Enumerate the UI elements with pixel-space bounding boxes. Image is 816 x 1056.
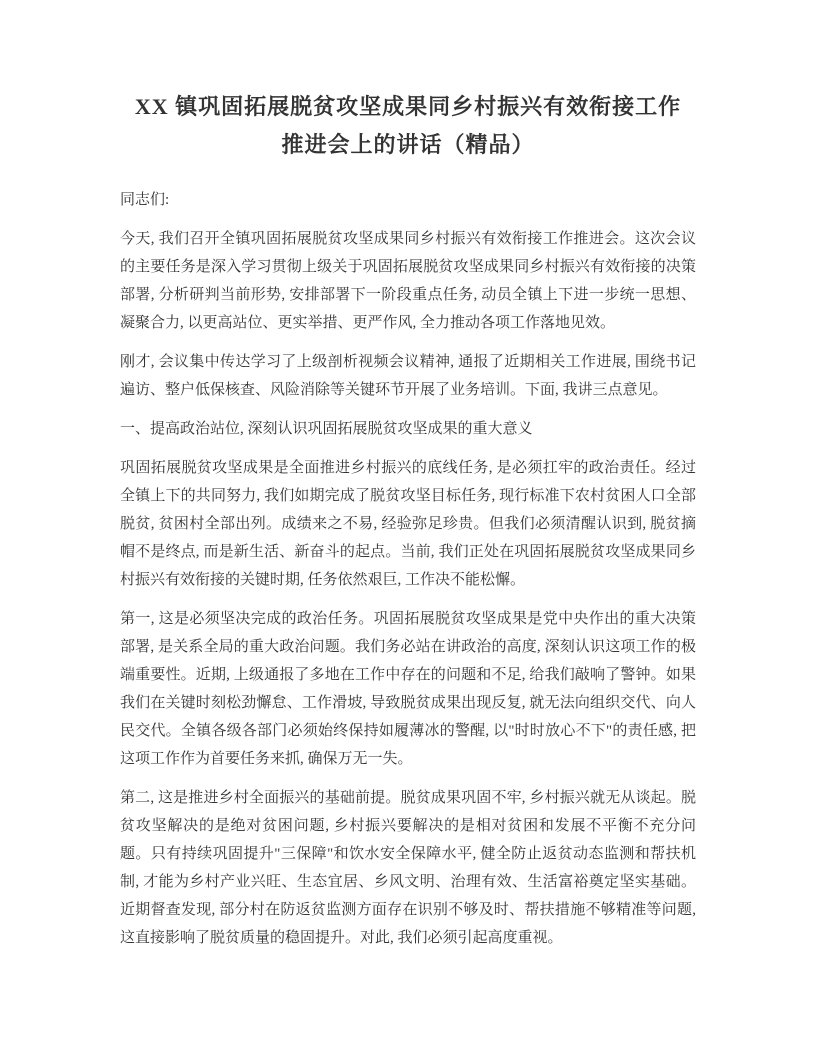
- paragraph-meeting-recap: 刚才, 会议集中传达学习了上级剖析视频会议精神, 通报了近期相关工作进展, 围绕…: [120, 348, 696, 404]
- paragraph-section1-intro: 巩固拓展脱贫攻坚成果是全面推进乡村振兴的底线任务, 是必须扛牢的政治责任。经过全…: [120, 454, 696, 594]
- document-title-line-1: XX 镇巩固拓展脱贫攻坚成果同乡村振兴有效衔接工作: [120, 88, 696, 126]
- document-title: XX 镇巩固拓展脱贫攻坚成果同乡村振兴有效衔接工作 推进会上的讲话（精品）: [120, 88, 696, 164]
- document-page: XX 镇巩固拓展脱贫攻坚成果同乡村振兴有效衔接工作 推进会上的讲话（精品） 同志…: [0, 0, 816, 1056]
- paragraph-point-first: 第一, 这是必须坚决完成的政治任务。巩固拓展脱贫攻坚成果是党中央作出的重大决策部…: [120, 605, 696, 773]
- document-title-line-2: 推进会上的讲话（精品）: [120, 126, 696, 164]
- paragraph-point-second: 第二, 这是推进乡村全面振兴的基础前提。脱贫成果巩固不牢, 乡村振兴就无从谈起。…: [120, 784, 696, 952]
- section-heading-1: 一、提高政治站位, 深刻认识巩固拓展脱贫攻坚成果的重大意义: [120, 415, 696, 443]
- paragraph-opening: 今天, 我们召开全镇巩固拓展脱贫攻坚成果同乡村振兴有效衔接工作推进会。这次会议的…: [120, 225, 696, 337]
- salutation: 同志们:: [120, 186, 696, 214]
